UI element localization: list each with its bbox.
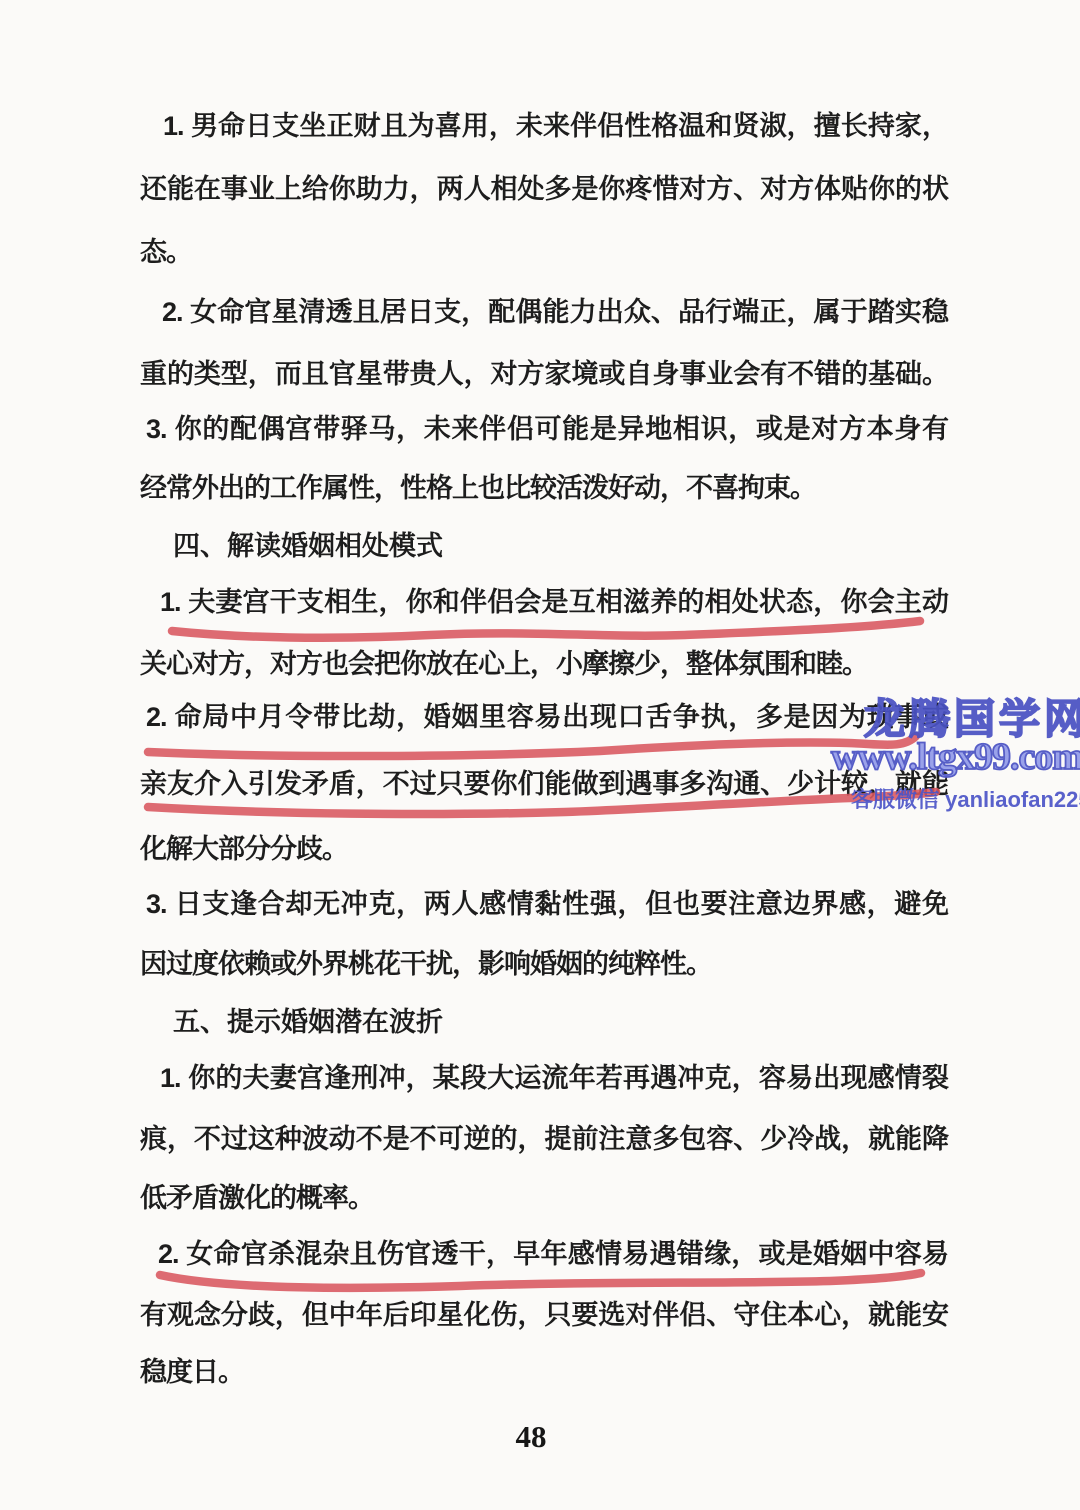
red-underline bbox=[148, 736, 916, 756]
text-line: 3. 你的配偶宫带驿马，未来伴侣可能是异地相识，或是对方本身有 bbox=[146, 413, 948, 445]
text-line: 有观念分歧，但中年后印星化伤，只要选对伴侣、守住本心，就能安 bbox=[140, 1299, 948, 1331]
red-underline bbox=[172, 621, 920, 638]
text-line: 重的类型，而且官星带贵人，对方家境或自身事业会有不错的基础。 bbox=[140, 358, 948, 390]
section-heading: 四、解读婚姻相处模式 bbox=[173, 530, 443, 562]
scanned-document-page: 1. 男命日支坐正财且为喜用，未来伴侣性格温和贤淑，擅长持家，还能在事业上给你助… bbox=[0, 0, 1080, 1510]
text-line: 因过度依赖或外界桃花干扰，影响婚姻的纯粹性。 bbox=[140, 948, 712, 980]
text-line: 低矛盾激化的概率。 bbox=[140, 1182, 374, 1214]
text-line: 2. 女命官星清透且居日支，配偶能力出众、品行端正，属于踏实稳 bbox=[162, 296, 948, 328]
text-line: 1. 男命日支坐正财且为喜用，未来伴侣性格温和贤淑，擅长持家， bbox=[163, 110, 948, 142]
watermark-site-url: www.ltgx99.com bbox=[831, 735, 1080, 779]
section-heading: 五、提示婚姻潜在波折 bbox=[173, 1006, 443, 1038]
text-line: 2. 女命官杀混杂且伤官透干，早年感情易遇错缘，或是婚姻中容易 bbox=[158, 1238, 948, 1270]
text-line: 2. 命局中月令带比劫，婚姻里容易出现口舌争执，多是因为琐事或 bbox=[146, 701, 948, 733]
page-number: 48 bbox=[0, 1419, 1062, 1455]
red-underline bbox=[160, 1273, 921, 1288]
text-line: 态。 bbox=[140, 236, 192, 268]
text-line: 1. 你的夫妻宫逢刑冲，某段大运流年若再遇冲克，容易出现感情裂 bbox=[160, 1062, 948, 1094]
text-line: 痕，不过这种波动不是不可逆的，提前注意多包容、少冷战，就能降 bbox=[140, 1123, 948, 1155]
text-line: 关心对方，对方也会把你放在心上，小摩擦少，整体氛围和睦。 bbox=[140, 648, 868, 680]
text-line: 稳度日。 bbox=[140, 1356, 244, 1388]
text-line: 3. 日支逢合却无冲克，两人感情黏性强，但也要注意边界感，避免 bbox=[146, 888, 948, 920]
text-line: 经常外出的工作属性，性格上也比较活泼好动，不喜拘束。 bbox=[140, 472, 816, 504]
watermark-contact: 客服微信 yanliaofan225 bbox=[851, 783, 1080, 814]
text-line: 化解大部分分歧。 bbox=[140, 833, 348, 865]
text-line: 还能在事业上给你助力，两人相处多是你疼惜对方、对方体贴你的状 bbox=[140, 173, 948, 205]
text-line: 亲友介入引发矛盾，不过只要你们能做到遇事多沟通、少计较，就能 bbox=[140, 768, 948, 800]
text-line: 1. 夫妻宫干支相生，你和伴侣会是互相滋养的相处状态，你会主动 bbox=[160, 586, 948, 618]
